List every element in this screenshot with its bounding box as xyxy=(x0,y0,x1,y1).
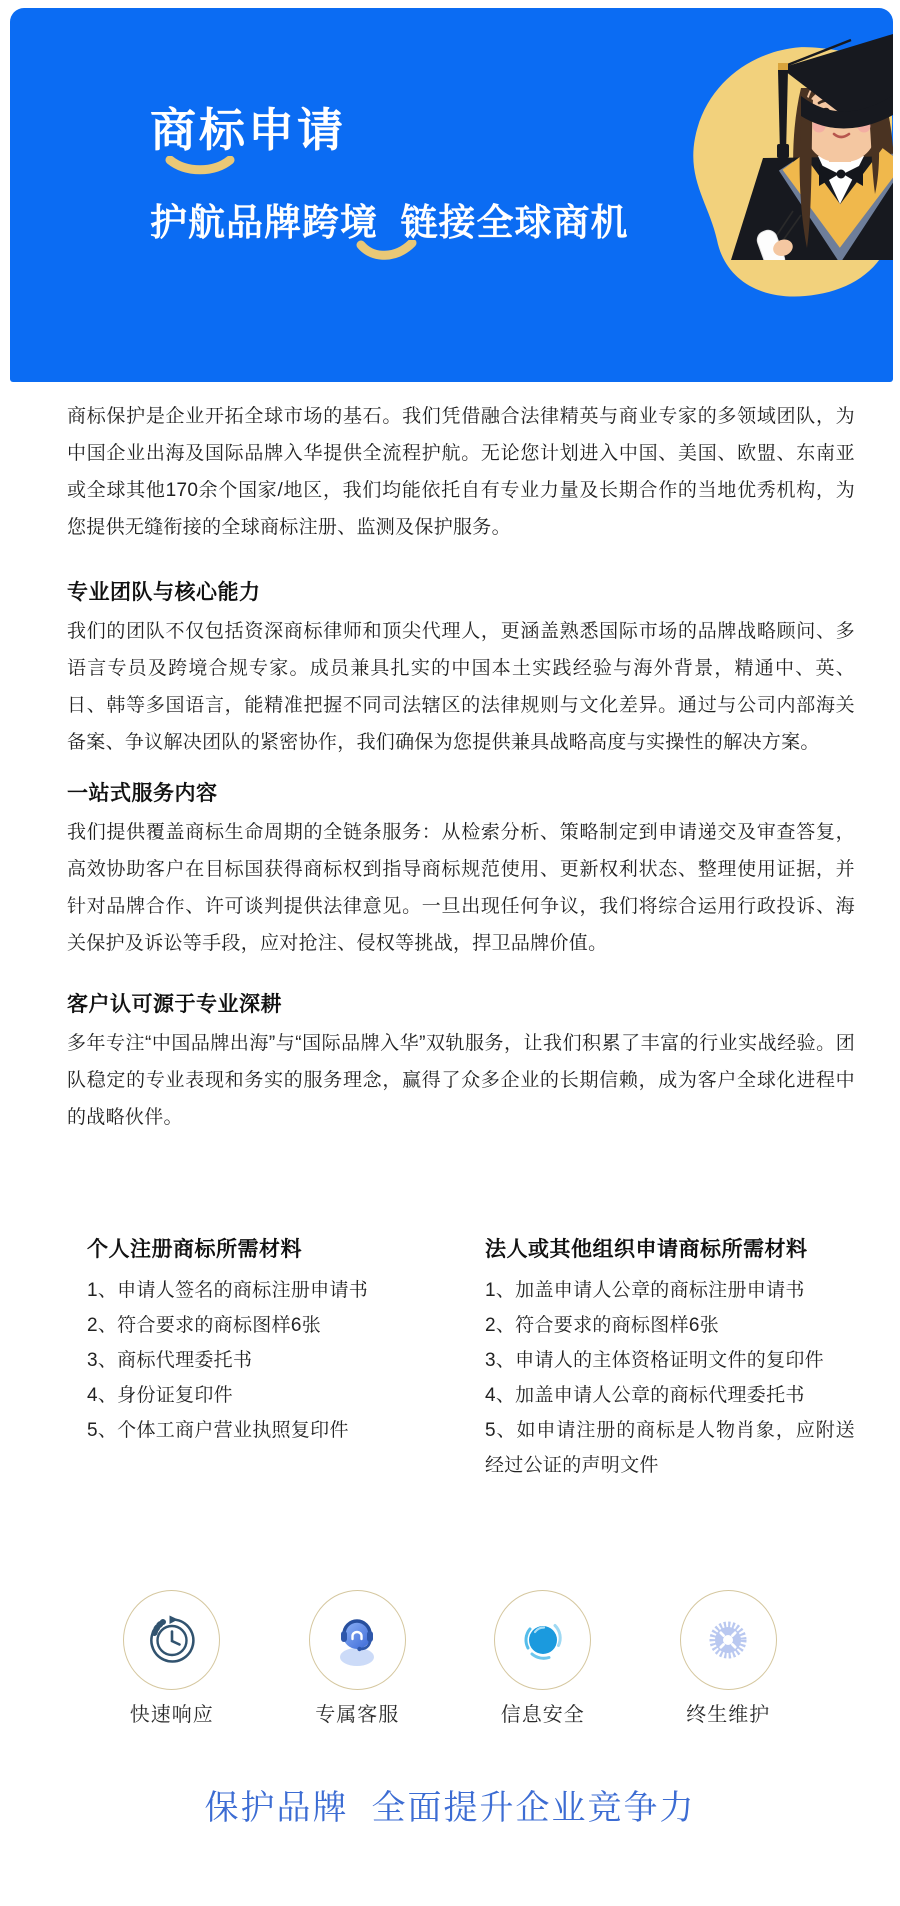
graduate-illustration xyxy=(643,8,893,382)
section-paragraph-service: 我们提供覆盖商标生命周期的全链条服务：从检索分析、策略制定到申请递交及审查答复，… xyxy=(67,814,855,962)
main-content: 商标保护是企业开拓全球市场的基石。我们凭借融合法律精英与商业专家的多领域团队，为… xyxy=(0,398,900,1483)
clock-refresh-icon xyxy=(144,1612,200,1668)
page-title: 商标申请 xyxy=(150,94,346,160)
smile-accent-icon xyxy=(356,240,418,264)
section-heading-recognition: 客户认可源于专业深耕 xyxy=(67,990,855,1020)
organization-materials-list: 1、加盖申请人公章的商标注册申请书2、符合要求的商标图样6张3、申请人的主体资格… xyxy=(485,1273,855,1483)
section-heading-service: 一站式服务内容 xyxy=(67,779,855,809)
hero-subtitle: 护航品牌跨境 链接全球商机 xyxy=(150,192,629,246)
feature-info-security: 信息安全 xyxy=(450,1590,636,1727)
feature-label: 信息安全 xyxy=(450,1704,636,1727)
gear-icon xyxy=(700,1612,756,1668)
section-paragraph-team: 我们的团队不仅包括资深商标律师和顶尖代理人，更涵盖熟悉国际市场的品牌战略顾问、多… xyxy=(67,613,855,761)
feature-lifetime-maintenance: 终生维护 xyxy=(636,1590,822,1727)
feature-label: 专属客服 xyxy=(265,1704,451,1727)
personal-materials-column: 个人注册商标所需材料 1、申请人签名的商标注册申请书2、符合要求的商标图样6张3… xyxy=(87,1235,485,1483)
list-item: 1、加盖申请人公章的商标注册申请书 xyxy=(485,1273,855,1308)
list-item: 2、符合要求的商标图样6张 xyxy=(87,1308,485,1343)
personal-materials-list: 1、申请人签名的商标注册申请书2、符合要求的商标图样6张3、商标代理委托书4、身… xyxy=(87,1273,485,1448)
list-item: 4、加盖申请人公章的商标代理委托书 xyxy=(485,1378,855,1413)
section-heading-team: 专业团队与核心能力 xyxy=(67,578,855,608)
hero-banner: 商标申请 护航品牌跨境 链接全球商机 xyxy=(10,8,893,382)
intro-paragraph: 商标保护是企业开拓全球市场的基石。我们凭借融合法律精英与商业专家的多领域团队，为… xyxy=(67,398,855,546)
globe-security-icon xyxy=(515,1612,571,1668)
features-row: 快速响应 专属客服 xyxy=(79,1590,821,1727)
list-item: 4、身份证复印件 xyxy=(87,1378,485,1413)
list-item: 3、商标代理委托书 xyxy=(87,1343,485,1378)
section-paragraph-recognition: 多年专注“中国品牌出海”与“国际品牌入华”双轨服务，让我们积累了丰富的行业实战经… xyxy=(67,1025,855,1136)
feature-label: 快速响应 xyxy=(79,1704,265,1727)
list-item: 2、符合要求的商标图样6张 xyxy=(485,1308,855,1343)
smile-underline-icon xyxy=(164,156,236,176)
list-item: 5、个体工商户营业执照复印件 xyxy=(87,1413,485,1448)
personal-materials-title: 个人注册商标所需材料 xyxy=(87,1235,485,1265)
list-item: 3、申请人的主体资格证明文件的复印件 xyxy=(485,1343,855,1378)
list-item: 1、申请人签名的商标注册申请书 xyxy=(87,1273,485,1308)
feature-customer-service: 专属客服 xyxy=(265,1590,451,1727)
feature-label: 终生维护 xyxy=(636,1704,822,1727)
organization-materials-column: 法人或其他组织申请商标所需材料 1、加盖申请人公章的商标注册申请书2、符合要求的… xyxy=(485,1235,855,1483)
feature-circle xyxy=(309,1590,406,1690)
feature-circle xyxy=(494,1590,591,1690)
slogan-text: 保护品牌 全面提升企业竞争力 xyxy=(0,1788,900,1828)
feature-circle xyxy=(123,1590,220,1690)
customer-service-icon xyxy=(329,1612,385,1668)
materials-section: 个人注册商标所需材料 1、申请人签名的商标注册申请书2、符合要求的商标图样6张3… xyxy=(67,1235,855,1483)
feature-fast-response: 快速响应 xyxy=(79,1590,265,1727)
organization-materials-title: 法人或其他组织申请商标所需材料 xyxy=(485,1235,855,1265)
feature-circle xyxy=(680,1590,777,1690)
list-item: 5、如申请注册的商标是人物肖象，应附送经过公证的声明文件 xyxy=(485,1413,855,1483)
